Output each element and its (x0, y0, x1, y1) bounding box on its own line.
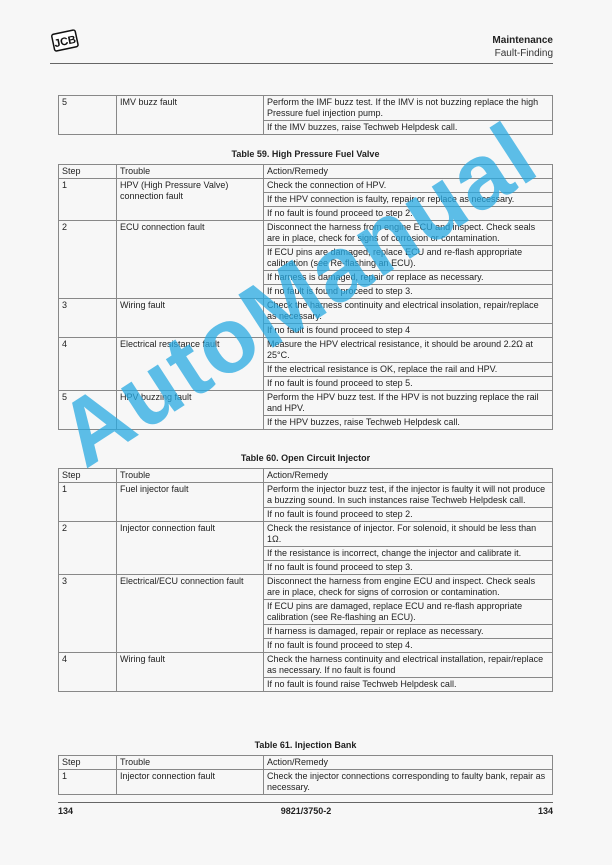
action-cell: Check the harness continuity and electri… (264, 299, 553, 324)
table-row: 4Electrical resistance faultMeasure the … (59, 338, 553, 363)
step-cell: 1 (59, 483, 117, 522)
action-cell: If no fault is found proceed to step 5. (264, 377, 553, 391)
table-row: 5IMV buzz faultPerform the IMF buzz test… (59, 96, 553, 121)
table-row: 1HPV (High Pressure Valve) connection fa… (59, 179, 553, 193)
action-cell: If the resistance is incorrect, change t… (264, 547, 553, 561)
trouble-cell: Electrical resistance fault (117, 338, 264, 391)
step-cell: 5 (59, 96, 117, 135)
step-cell: 5 (59, 391, 117, 430)
action-cell: Perform the injector buzz test, if the i… (264, 483, 553, 508)
action-cell: Check the resistance of injector. For so… (264, 522, 553, 547)
jcb-logo: JCB (50, 27, 80, 55)
step-cell: 3 (59, 575, 117, 653)
action-cell: If the IMV buzzes, raise Techweb Helpdes… (264, 121, 553, 135)
table-59-caption: Table 59. High Pressure Fuel Valve (58, 149, 553, 159)
action-cell: If no fault is found proceed to step 4. (264, 639, 553, 653)
column-header-step: Step (59, 756, 117, 770)
action-cell: If ECU pins are damaged, replace ECU and… (264, 246, 553, 271)
column-header-step: Step (59, 469, 117, 483)
step-cell: 3 (59, 299, 117, 338)
table-row: 3Wiring faultCheck the harness continuit… (59, 299, 553, 324)
trouble-cell: ECU connection fault (117, 221, 264, 299)
column-header-trouble: Trouble (117, 165, 264, 179)
footer-divider (58, 802, 553, 803)
table-row: 1Injector connection faultCheck the inje… (59, 770, 553, 795)
trouble-cell: Injector connection fault (117, 770, 264, 795)
column-header-trouble: Trouble (117, 469, 264, 483)
action-cell: Check the harness continuity and electri… (264, 653, 553, 678)
table-60-caption: Table 60. Open Circuit Injector (58, 453, 553, 463)
trouble-cell: IMV buzz fault (117, 96, 264, 135)
step-cell: 2 (59, 522, 117, 575)
action-cell: If the HPV connection is faulty, repair … (264, 193, 553, 207)
subsection-title: Fault-Finding (492, 47, 553, 60)
action-cell: If the HPV buzzes, raise Techweb Helpdes… (264, 416, 553, 430)
action-cell: Disconnect the harness from engine ECU a… (264, 575, 553, 600)
table-row: 2ECU connection faultDisconnect the harn… (59, 221, 553, 246)
action-cell: Check the injector connections correspon… (264, 770, 553, 795)
action-cell: Perform the HPV buzz test. If the HPV is… (264, 391, 553, 416)
trouble-cell: Wiring fault (117, 653, 264, 692)
action-cell: If harness is damaged, repair or replace… (264, 625, 553, 639)
column-header-action: Action/Remedy (264, 469, 553, 483)
action-cell: If no fault is found proceed to step 3. (264, 285, 553, 299)
table-60-open-circuit-injector: StepTroubleAction/Remedy1Fuel injector f… (58, 468, 553, 692)
table-61-caption: Table 61. Injection Bank (58, 740, 553, 750)
table-row: 1Fuel injector faultPerform the injector… (59, 483, 553, 508)
header-divider (50, 63, 553, 64)
action-cell: If the electrical resistance is OK, repl… (264, 363, 553, 377)
table-header-row: StepTroubleAction/Remedy (59, 165, 553, 179)
step-cell: 4 (59, 653, 117, 692)
trouble-cell: Electrical/ECU connection fault (117, 575, 264, 653)
action-cell: If no fault is found proceed to step 2. (264, 508, 553, 522)
table-59-high-pressure-fuel-valve: StepTroubleAction/Remedy1HPV (High Press… (58, 164, 553, 430)
step-cell: 2 (59, 221, 117, 299)
action-cell: If no fault is found proceed to step 2. (264, 207, 553, 221)
step-cell: 1 (59, 179, 117, 221)
table-row: 4Wiring faultCheck the harness continuit… (59, 653, 553, 678)
column-header-step: Step (59, 165, 117, 179)
table-58-continued: 5IMV buzz faultPerform the IMF buzz test… (58, 95, 553, 135)
column-header-action: Action/Remedy (264, 756, 553, 770)
page-header: Maintenance Fault-Finding (492, 34, 553, 60)
table-61-injection-bank: StepTroubleAction/Remedy1Injector connec… (58, 755, 553, 795)
action-cell: If no fault is found proceed to step 3. (264, 561, 553, 575)
action-cell: If no fault is found raise Techweb Helpd… (264, 678, 553, 692)
table-row: 2Injector connection faultCheck the resi… (59, 522, 553, 547)
table-header-row: StepTroubleAction/Remedy (59, 469, 553, 483)
trouble-cell: HPV (High Pressure Valve) connection fau… (117, 179, 264, 221)
action-cell: If no fault is found proceed to step 4 (264, 324, 553, 338)
section-title: Maintenance (492, 34, 553, 47)
table-row: 5HPV buzzing faultPerform the HPV buzz t… (59, 391, 553, 416)
table-header-row: StepTroubleAction/Remedy (59, 756, 553, 770)
step-cell: 1 (59, 770, 117, 795)
trouble-cell: Wiring fault (117, 299, 264, 338)
action-cell: Disconnect the harness from engine ECU a… (264, 221, 553, 246)
footer-page-right: 134 (538, 806, 553, 816)
action-cell: Check the connection of HPV. (264, 179, 553, 193)
step-cell: 4 (59, 338, 117, 391)
action-cell: If ECU pins are damaged, replace ECU and… (264, 600, 553, 625)
trouble-cell: Fuel injector fault (117, 483, 264, 522)
action-cell: Perform the IMF buzz test. If the IMV is… (264, 96, 553, 121)
table-row: 3Electrical/ECU connection faultDisconne… (59, 575, 553, 600)
column-header-trouble: Trouble (117, 756, 264, 770)
trouble-cell: Injector connection fault (117, 522, 264, 575)
action-cell: If harness is damaged, repair or replace… (264, 271, 553, 285)
column-header-action: Action/Remedy (264, 165, 553, 179)
footer-doc-number: 9821/3750-2 (0, 806, 612, 816)
action-cell: Measure the HPV electrical resistance, i… (264, 338, 553, 363)
trouble-cell: HPV buzzing fault (117, 391, 264, 430)
